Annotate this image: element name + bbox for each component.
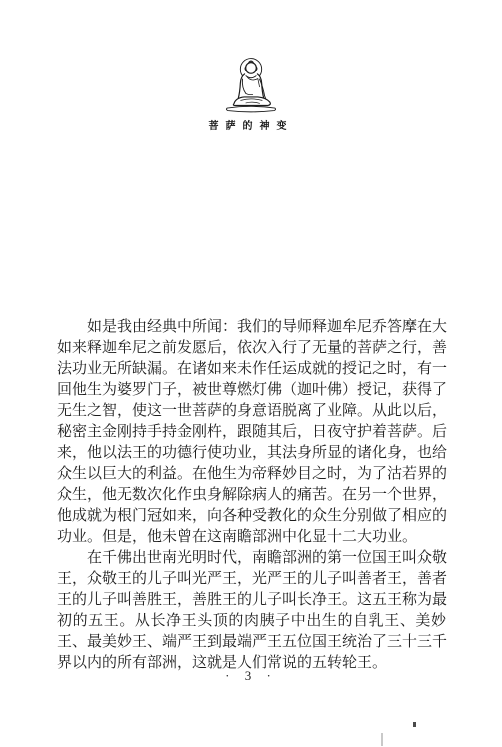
- text-line: 在千佛出世南光明时代，南瞻部洲的第一位国王叫众敬: [57, 548, 446, 569]
- text-line: 王，众敬王的儿子叫光严王，光严王的儿子叫善者王，善者: [57, 569, 446, 590]
- text-line: 来，他以法王的功德行使功业，其法身所显的诸化身，也给: [57, 443, 446, 464]
- text-line: 功业。但是，他未曾在这南瞻部洲中化显十二大功业。: [57, 527, 446, 548]
- print-artifact: [413, 722, 416, 727]
- illustration-caption: 菩萨的神变: [0, 117, 502, 132]
- book-page: 菩萨的神变 如是我由经典中所闻：我们的导师释迦牟尼乔答摩在大 如来释迦牟尼之前发…: [0, 0, 502, 747]
- text-line: 王、最美妙王、端严王到最端严王五位国王统治了三十三千: [57, 632, 446, 653]
- text-line: 众生以巨大的利益。在他生为帝释妙目之时，为了沽若界的: [57, 464, 446, 485]
- text-line: 如来释迦牟尼之前发愿后，依次入行了无量的菩萨之行，善: [57, 338, 446, 359]
- text-line: 众生，他无数次化作虫身解除病人的痛苦。在另一个世界，: [57, 485, 446, 506]
- text-line: 王的儿子叫善胜王，善胜王的儿子叫长净王。这五王称为最: [57, 590, 446, 611]
- buddha-illustration: [0, 56, 502, 119]
- text-line: 初的五王。从长净王头顶的肉胰子中出生的自乳王、美妙: [57, 611, 446, 632]
- text-line: 秘密主金刚持手持金刚杵，跟随其后，日夜守护着菩萨。后: [57, 422, 446, 443]
- text-line: 回他生为婆罗门子，被世尊燃灯佛（迦叶佛）授记，获得了: [57, 380, 446, 401]
- text-line: 如是我由经典中所闻：我们的导师释迦牟尼乔答摩在大: [57, 317, 446, 338]
- seated-buddha-icon: [208, 56, 294, 114]
- body-text: 如是我由经典中所闻：我们的导师释迦牟尼乔答摩在大 如来释迦牟尼之前发愿后，依次入…: [57, 317, 446, 674]
- text-line: 无生之智，使这一世菩萨的身意语脱离了业障。从此以后，: [57, 401, 446, 422]
- text-line: 他成就为根门冠如来，向各种受教化的众生分别做了相应的: [57, 506, 446, 527]
- page-number: · 3 ·: [0, 668, 502, 684]
- text-line: 法功业无所缺漏。在诸如来未作任运成就的授记之时，有一: [57, 359, 446, 380]
- print-artifact: [381, 733, 383, 746]
